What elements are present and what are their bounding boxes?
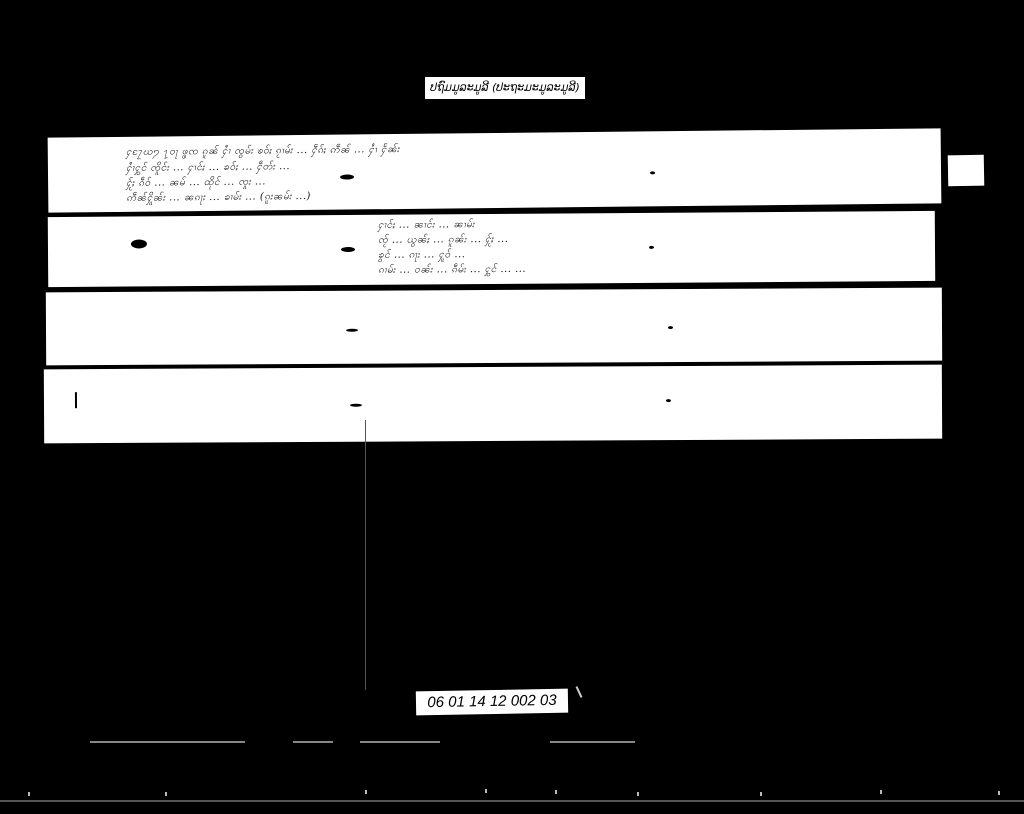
scan-artifact	[90, 741, 245, 743]
scan-artifact	[998, 791, 1000, 795]
string-hole	[131, 239, 147, 248]
leaf-text-line: ႁႂ်ႈ ၵဵဝ် ... ၼမ် ... ထိုင် ... ၸူး ...	[126, 174, 266, 190]
scan-artifact	[293, 741, 333, 743]
palm-leaf-3	[46, 288, 942, 366]
side-marker-card	[948, 155, 985, 187]
string-thread	[365, 420, 366, 690]
string-hole	[650, 171, 655, 174]
scan-artifact	[880, 790, 882, 794]
string-hole	[340, 174, 354, 179]
leaf-text-line: ၵၢမ်း ... ဝၼ်း ... ၵဵမ်း ... ႁွင် ... ..…	[378, 262, 526, 278]
scan-artifact	[28, 792, 30, 796]
document-identifier-label: 06 01 14 12 002 03	[416, 689, 568, 716]
leaf-mark	[75, 392, 77, 408]
scan-artifact	[550, 741, 635, 743]
leaf-text-line: ႁၢႆႁွင် ၸိူင်း ... ႁၢင်ႈ ... ၶဝ်ႈ ... ႁဵ…	[126, 159, 290, 176]
string-hole	[649, 246, 654, 249]
leaf-text-line: ၶွင် ... ၵႃး ... ႁူဝ် ...	[378, 247, 465, 263]
document-header-label: ປຖົມມູລະມູລີ (ປະຖະມະມູລະມູລີ)	[425, 77, 585, 99]
string-hole	[350, 404, 362, 407]
scan-artifact	[637, 792, 639, 796]
string-hole	[341, 247, 355, 252]
string-hole	[346, 329, 358, 332]
leaf-text-line: ၸႂ် ... ယွၼ်ႈ ... ၵူၼ်း ... ႁႂ်ႈ ...	[378, 232, 509, 248]
scan-artifact	[485, 789, 487, 793]
scan-artifact	[555, 790, 557, 794]
scan-artifact	[165, 792, 167, 796]
string-hole	[666, 399, 671, 402]
scan-artifact	[760, 792, 762, 796]
scan-edge	[0, 800, 1024, 802]
scan-artifact	[576, 686, 583, 698]
palm-leaf-4	[44, 365, 942, 444]
scan-artifact	[360, 741, 440, 743]
string-hole	[668, 326, 673, 329]
palm-leaf-1: ႁ႗ႄဃ႒ ႑ဝႃ ဖ္ဖၸ ၵူၼ် ႁၢႆ ၸွမ်း ၶဝ်ႈ ၵႂၢမ်…	[48, 128, 942, 212]
leaf-text-line: ႁ႗ႄဃ႒ ႑ဝႃ ဖ္ဖၸ ၵူၼ် ႁၢႆ ၸွမ်း ၶဝ်ႈ ၵႂၢမ်…	[126, 142, 400, 160]
palm-leaf-2: ႁၢင်ႈ ... ၼၢင်း ... ၼၢမ်း ၸႂ် ... ယွၼ်ႈ …	[48, 211, 935, 287]
scan-artifact	[365, 790, 367, 794]
leaf-text-line: ဢဵၼ်ႁိူၼ်း ... ၼၵႃး ... ၶၢမ်း ... (ၵူးၼမ…	[126, 189, 311, 206]
leaf-text-line: ႁၢင်ႈ ... ၼၢင်း ... ၼၢမ်း	[378, 217, 475, 233]
